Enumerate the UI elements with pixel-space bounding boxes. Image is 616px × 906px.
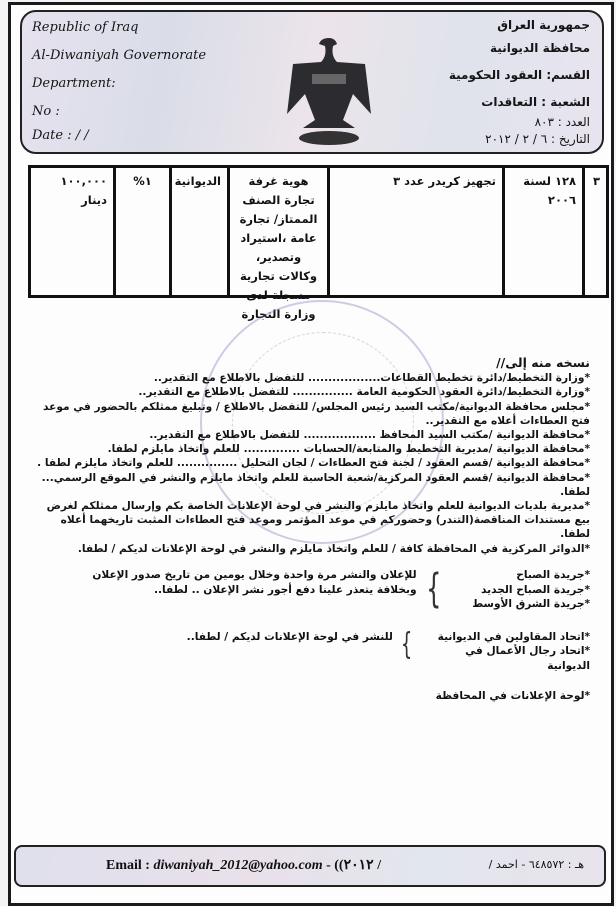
governorate-en: Al-Diwaniyah Governorate <box>32 48 206 63</box>
copy-line: *وزارة التخطيط/دائرة تخطيط القطاعات.....… <box>30 371 590 385</box>
date-label: Date : / / <box>32 128 89 143</box>
copy-line: *الدوائر المركزية في المحافظة كافة / للع… <box>30 542 590 556</box>
copy-line: *مجلس محافظة الديوانية/مكتب السيد رئيس ا… <box>30 400 590 428</box>
cell-seq: ٣ <box>582 168 606 295</box>
department-label: Department: <box>32 76 116 91</box>
union-item: *اتحاد رجال الأعمال في الديوانية <box>420 644 590 673</box>
republic-en: Republic of Iraq <box>32 20 138 35</box>
copy-line: *محافظة الديوانية /مكتب السيد المحافظ ..… <box>30 428 590 442</box>
email-suffix: - ((٢٠١٢ / <box>326 858 381 873</box>
footer: Email : diwaniyah_2012@yahoo.com - ((٢٠١… <box>14 845 606 887</box>
newspaper-item: *جريدة الصباح <box>450 568 590 583</box>
cell-law: ١٢٨ لسنة ٢٠٠٦ <box>502 168 582 295</box>
cell-price: ١٠٠,٠٠٠ دينار <box>37 168 113 295</box>
cell-requirements: هوية غرفة تجارة الصنف الممتاز/ تجارة عام… <box>227 168 327 295</box>
footer-email: Email : diwaniyah_2012@yahoo.com - ((٢٠١… <box>106 857 381 874</box>
document-date: التاريخ : ٦ / ٢ / ٢٠١٢ <box>485 132 590 146</box>
footer-phone: هـ : ٦٤٨٥٧٢ - احمد / <box>489 858 584 871</box>
copies-section: نسخه منه إلى// *وزارة التخطيط/دائرة تخطي… <box>30 356 590 556</box>
number-label: No : <box>32 104 60 119</box>
newspaper-item: *جريدة الشرق الأوسط <box>450 597 590 612</box>
division-ar: الشعبة : التعاقدات <box>481 95 590 109</box>
newspaper-item: *جريدة الصباح الجديد <box>450 583 590 598</box>
copy-line: *محافظة الديوانية /قسم العقود / لجنة فتح… <box>30 456 590 470</box>
brace-icon: } <box>426 568 441 610</box>
copies-title: نسخه منه إلى// <box>30 356 590 370</box>
email-label: Email : <box>106 858 150 873</box>
copy-line: *محافظة الديوانية /مديرية التخطيط والمتا… <box>30 442 590 456</box>
newspapers-section: *جريدة الصباح *جريدة الصباح الجديد *جريد… <box>30 568 590 704</box>
cell-location: الديوانية <box>169 168 227 295</box>
governorate-ar: محافظة الديوانية <box>490 41 590 55</box>
copy-line: *مديرية بلديات الديوانية للعلم واتخاذ ما… <box>30 499 590 542</box>
letterhead: Republic of Iraq Al-Diwaniyah Governorat… <box>20 10 604 154</box>
email-address[interactable]: diwaniyah_2012@yahoo.com <box>153 858 322 873</box>
notice-board-line: *لوحة الإعلانات في المحافظة <box>30 689 590 704</box>
republic-ar: جمهورية العراق <box>497 18 590 32</box>
union-item: *اتحاد المقاولين في الديوانية <box>420 630 590 645</box>
cell-percentage: ١% <box>113 168 169 295</box>
newspapers-note: للإعلان والنشر مرة واحدة وخلال يومين من … <box>87 568 417 597</box>
copy-line: *محافظة الديوانية /قسم العقود المركزية/ش… <box>30 471 590 499</box>
tender-table: ٣ ١٢٨ لسنة ٢٠٠٦ تجهيز كريدر عدد ٣ هوية غ… <box>28 165 609 298</box>
unions-note: للنشر في لوحة الإعلانات لديكم / لطفا.. <box>30 630 393 645</box>
cell-project: تجهيز كريدر عدد ٣ <box>327 168 502 295</box>
section-ar: القسم: العقود الحكومية <box>449 68 590 82</box>
iraq-eagle-emblem-icon <box>274 30 384 148</box>
copy-line: *وزارة التخطيط/دائرة العقود الحكومية الع… <box>30 385 590 399</box>
document-number: العدد : ٨٠٣ <box>535 115 590 129</box>
brace-icon: } <box>401 630 412 660</box>
